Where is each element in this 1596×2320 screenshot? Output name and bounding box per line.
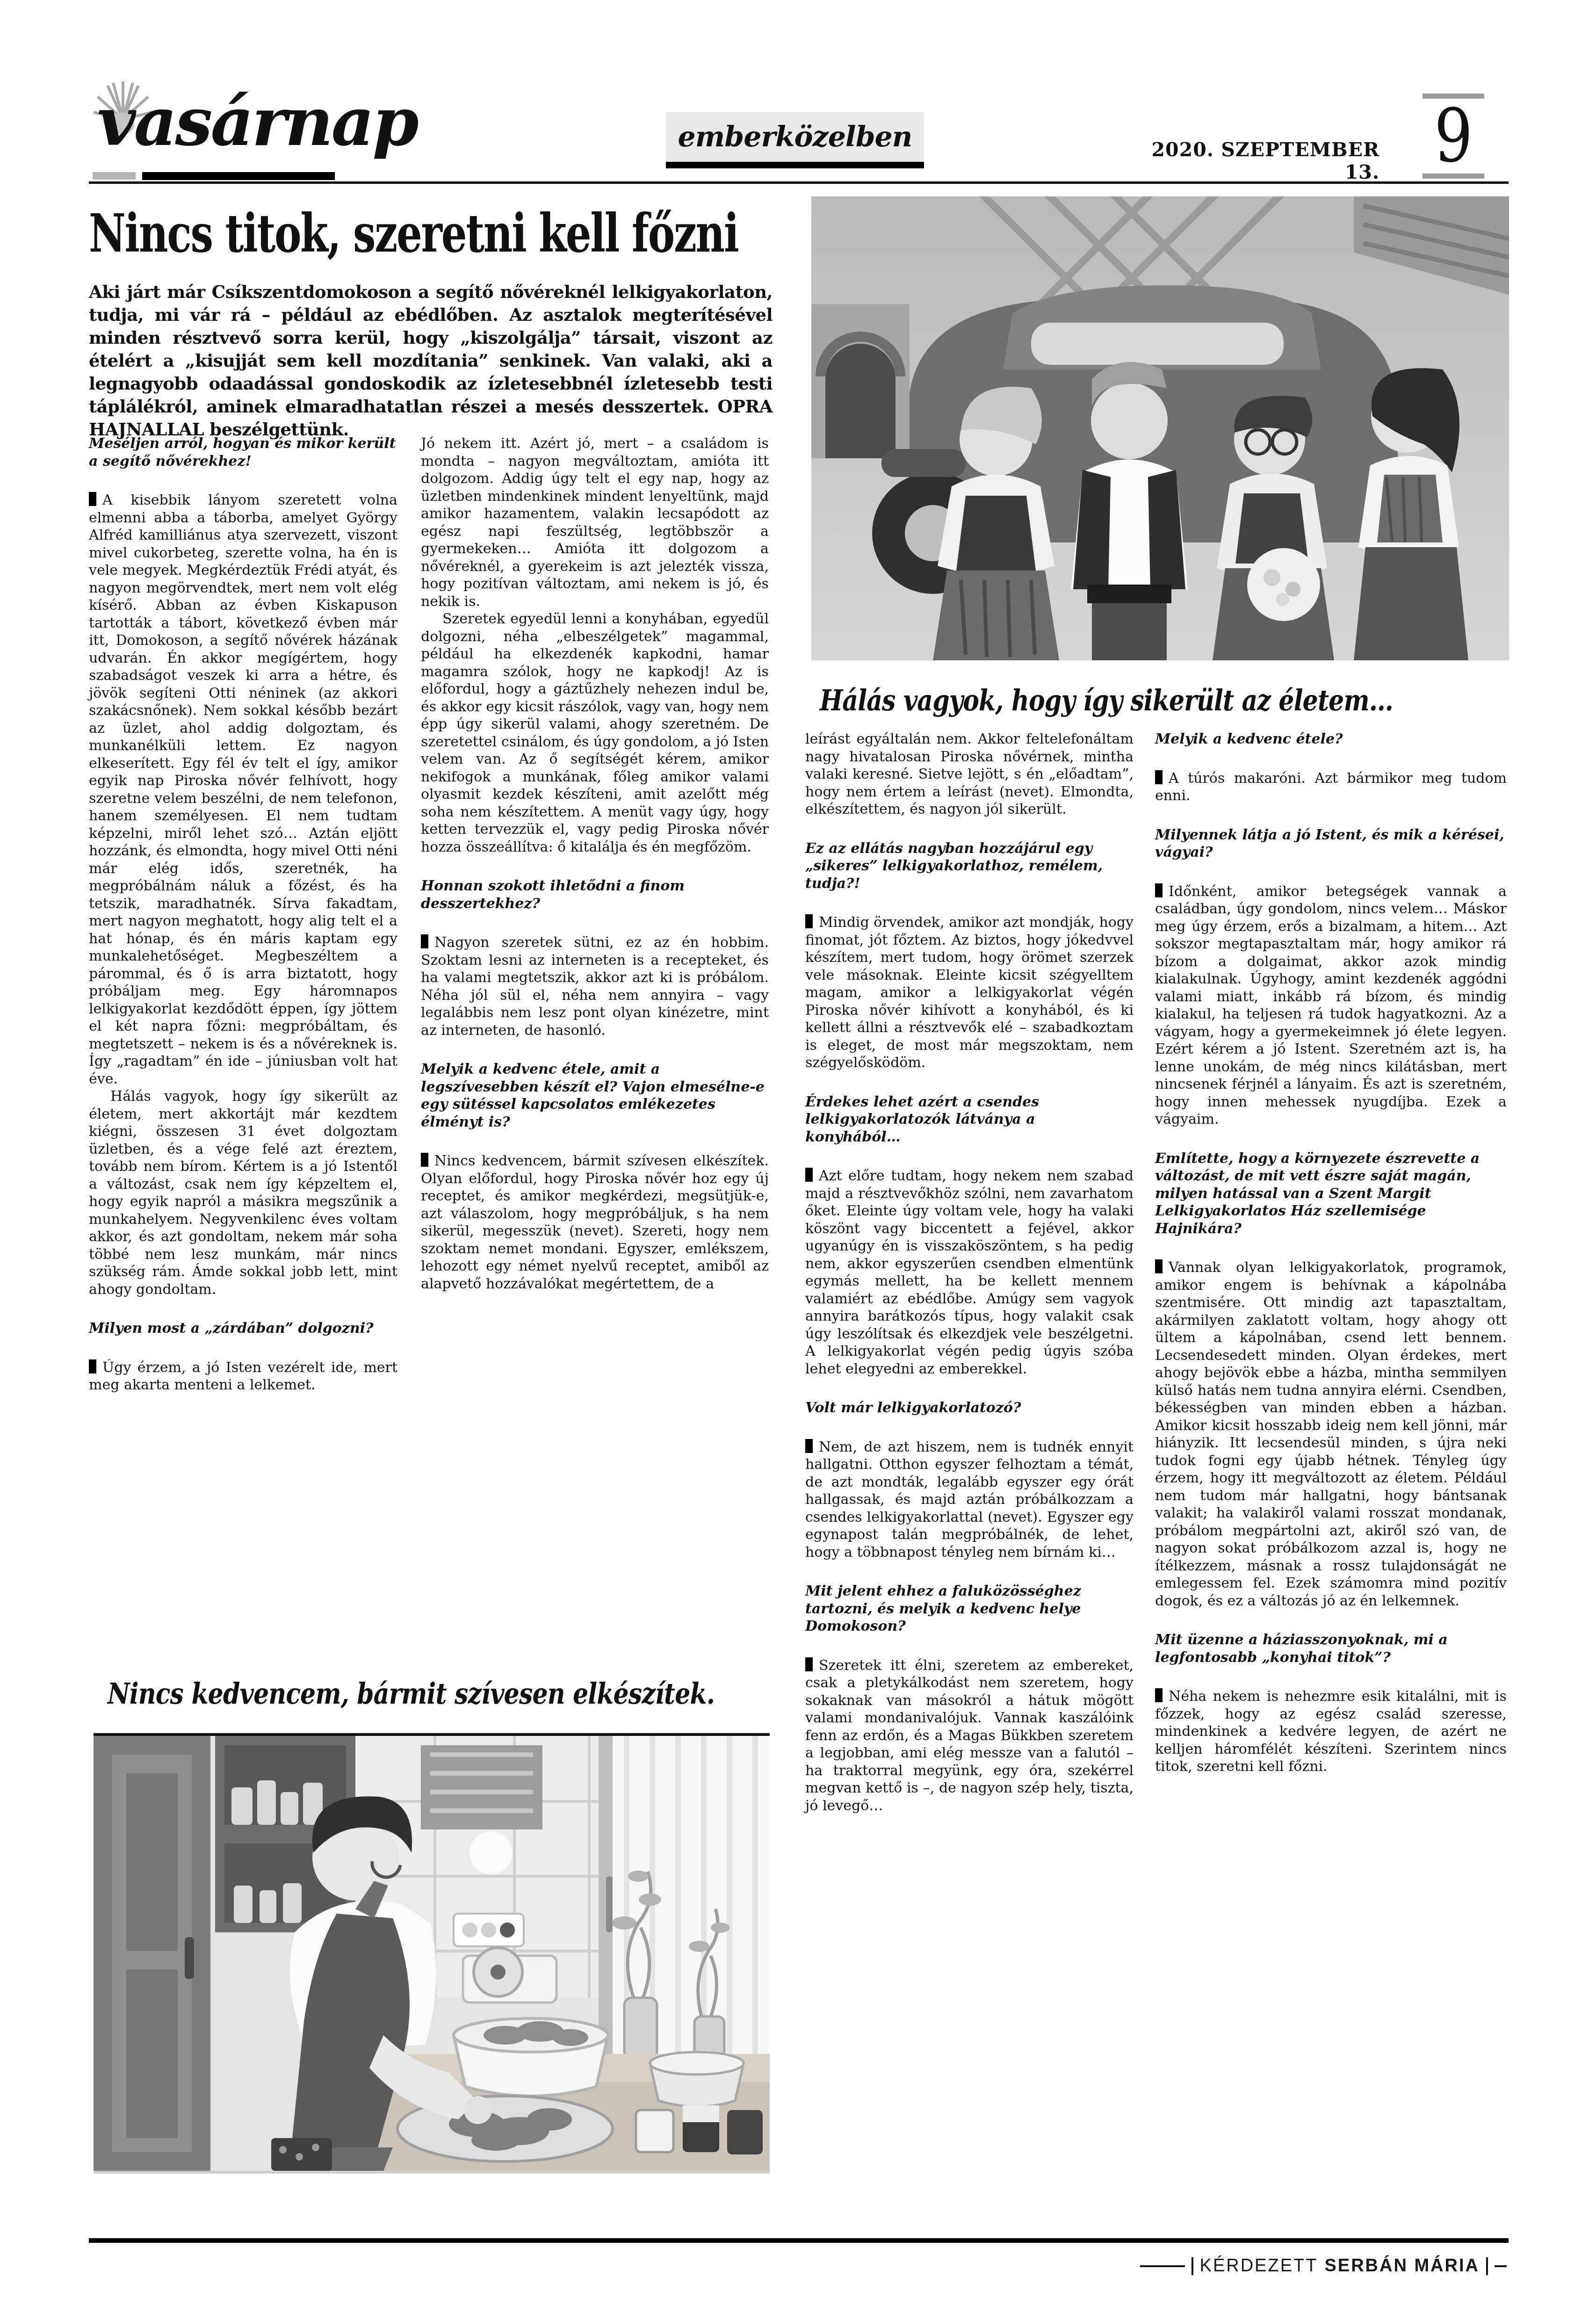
- answer: A túrós makaróni. Azt bármikor meg tudom…: [1155, 770, 1507, 805]
- family-photo: [811, 196, 1509, 660]
- enamel-bowl: [454, 2018, 608, 2096]
- question: Volt már lelkigyakorlatozó?: [805, 1399, 1134, 1417]
- answer: A kisebbik lányom szeretett volna elmenn…: [89, 491, 397, 1088]
- credit-tick-left: [1192, 2257, 1193, 2275]
- answer: Időnként, amikor betegségek vannak a csa…: [1155, 883, 1507, 1128]
- question: Melyik a kedvenc étele?: [1155, 730, 1507, 748]
- slicer-machine: [463, 1948, 556, 2002]
- question: Milyennek látja a jó Istent, és mik a ké…: [1155, 826, 1507, 861]
- credit-name: SERBÁN MÁRIA: [1324, 2256, 1480, 2276]
- pull-quote-text: Nincs kedvencem, bármit szívesen elkészí…: [108, 1677, 715, 1711]
- kitchen-photo: [94, 1733, 770, 2174]
- paragraph: Hálás vagyok, hogy így sikerült az élete…: [89, 1088, 397, 1298]
- hand: [464, 2096, 492, 2124]
- masthead: vasárnap: [90, 92, 370, 181]
- answer: Szeretek itt élni, szeretem az embereket…: [805, 1657, 1134, 1815]
- masthead-title: vasárnap: [97, 89, 417, 155]
- power-outlet: [454, 1914, 524, 1946]
- column-1: Meséljen arról, hogyan és mikor került a…: [89, 435, 397, 1394]
- cups: [636, 2105, 763, 2154]
- brick-oven: [811, 304, 910, 458]
- question: Említette, hogy a környezete észrevette …: [1155, 1150, 1507, 1238]
- footer-rule: [89, 2238, 1509, 2243]
- question: Melyik a kedvenc étele, amit a legszíves…: [421, 1061, 769, 1131]
- question: Ez az ellátás nagyban hozzájárul egy „si…: [805, 840, 1134, 893]
- question: Mit üzenne a háziasszonyoknak, mi a legf…: [1155, 1631, 1507, 1666]
- column-3: leírást egyáltalán nem. Akkor feltelefon…: [805, 730, 1134, 1814]
- newspaper-page: vasárnap emberközelben 2020. SZEPTEMBER …: [0, 0, 1596, 2320]
- question: Meséljen arról, hogyan és mikor került a…: [89, 435, 397, 470]
- page-number-block: 9: [1423, 94, 1484, 179]
- answer: Nagyon szeretek sütni, ez az én hobbim. …: [421, 934, 769, 1039]
- masthead-underline-black: [142, 172, 335, 180]
- question: Milyen most a „zárdában” dolgozni?: [89, 1320, 397, 1337]
- door: [94, 1736, 210, 2171]
- answer: Mindig örvendek, amikor azt mondják, hog…: [805, 914, 1134, 1072]
- question: Mit jelent ehhez a faluközösséghez tarto…: [805, 1583, 1134, 1635]
- answer: Nem, de azt hiszem, nem is tudnék ennyit…: [805, 1438, 1134, 1561]
- answer: Vannak olyan lelkigyakorlatok, programok…: [1155, 1259, 1507, 1610]
- credit-tick-right: [1486, 2257, 1488, 2275]
- credit-dash-right: [1495, 2265, 1507, 2267]
- paragraph: Szeretek egyedül lenni a konyhában, egye…: [421, 610, 769, 856]
- window-handle: [606, 1876, 613, 1932]
- pull-quote-text: Hálás vagyok, hogy így sikerült az élete…: [820, 683, 1393, 717]
- column-4: Melyik a kedvenc étele? A túrós makaróni…: [1155, 730, 1507, 1776]
- wall-rack: [421, 1745, 542, 1829]
- pull-quote-bottom: Nincs kedvencem, bármit szívesen elkészí…: [94, 1663, 772, 1724]
- paragraph: leírást egyáltalán nem. Akkor feltelefon…: [805, 730, 1134, 818]
- answer: Úgy érzem, a jó Isten vezérelt ide, mert…: [89, 1359, 397, 1394]
- credit-label: KÉRDEZETT: [1200, 2256, 1318, 2276]
- answer: Nincs kedvencem, bármit szívesen elkészí…: [421, 1152, 769, 1293]
- patterned-skirt: [271, 2138, 332, 2171]
- question: Érdekes lehet azért a csendes lelkigyako…: [805, 1093, 1134, 1146]
- answer: Néha nekem is nehezmre esik kitalálni, m…: [1155, 1688, 1507, 1776]
- credit-dash-left: [1140, 2265, 1185, 2267]
- pet-bottle: [624, 1998, 657, 2059]
- masthead-underline-gray: [93, 172, 136, 180]
- bouquet: [1247, 548, 1320, 621]
- header-rule: [89, 181, 1509, 184]
- article-title: Nincs titok, szeretni kell főzni: [89, 205, 932, 262]
- section-name: emberközelben: [678, 121, 912, 153]
- paper-towel-roll: [469, 1831, 513, 1874]
- mixing-bowl: [650, 2052, 744, 2107]
- family-photo-illustration: [811, 196, 1509, 660]
- question: Honnan szokott ihletődni a finom desszer…: [421, 877, 769, 912]
- kitchen-photo-illustration: [94, 1736, 770, 2171]
- pull-quote-top: Hálás vagyok, hogy így sikerült az élete…: [806, 672, 1498, 728]
- page-number: 9: [1434, 99, 1473, 173]
- paragraph: Jó nekem itt. Azért jó, mert – a családo…: [421, 435, 769, 610]
- edition-date: 2020. SZEPTEMBER 13.: [1136, 138, 1379, 183]
- section-tab: emberközelben: [666, 112, 924, 168]
- answer: Azt előre tudtam, hogy nekem nem szabad …: [805, 1167, 1134, 1378]
- article-lead: Aki járt már Csíkszentdomokoson a segítő…: [89, 281, 773, 441]
- credit-line: KÉRDEZETT SERBÁN MÁRIA: [1140, 2256, 1507, 2276]
- column-2: Jó nekem itt. Azért jó, mert – a családo…: [421, 435, 769, 1293]
